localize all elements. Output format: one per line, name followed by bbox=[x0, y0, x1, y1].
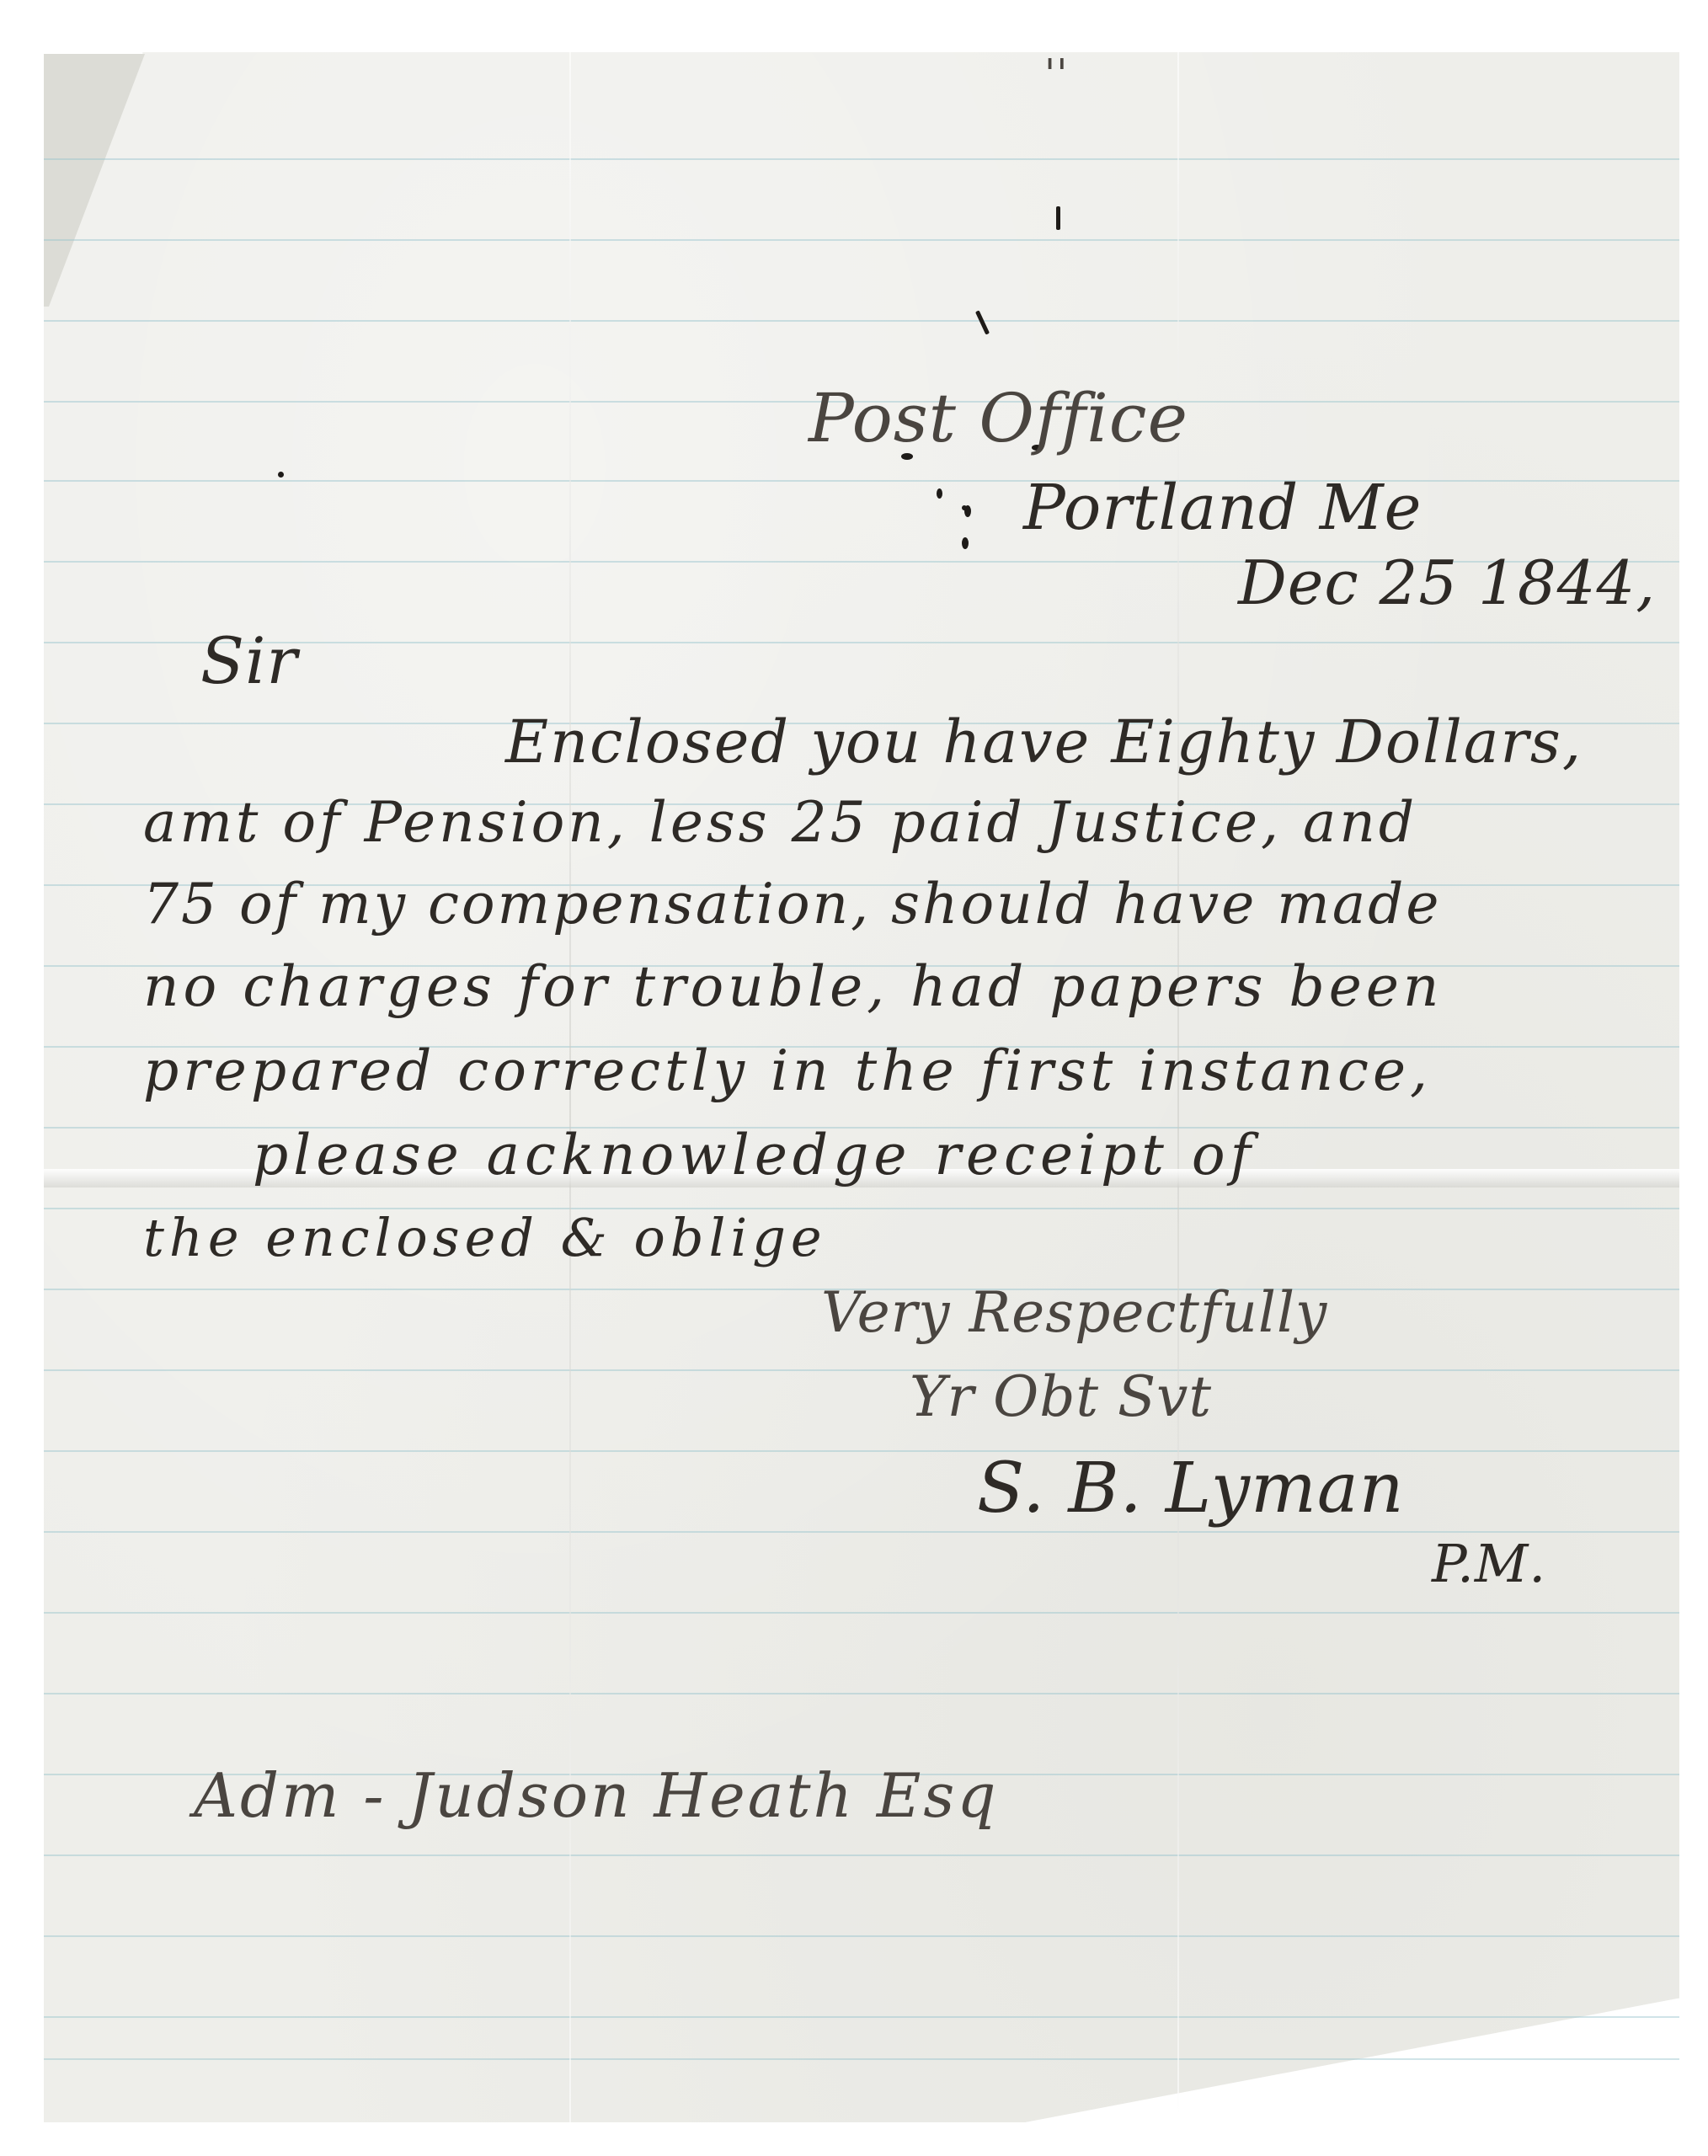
salutation: Sir bbox=[200, 623, 298, 698]
body-line-2: amt of Pension, less 25 paid Justice, an… bbox=[143, 790, 1417, 855]
closing-line1: Very Respectfully bbox=[821, 1280, 1327, 1345]
body-line-6: please acknowledge receipt of bbox=[253, 1123, 1256, 1187]
ruled-line bbox=[44, 480, 1679, 482]
ruled-line bbox=[44, 158, 1679, 160]
ruled-line bbox=[44, 1935, 1679, 1937]
heading-place-line2: Portland Me bbox=[1023, 472, 1422, 544]
body-line-4: no charges for trouble, had papers been bbox=[143, 954, 1443, 1019]
ink-blot bbox=[962, 537, 969, 549]
ruled-line bbox=[44, 320, 1679, 322]
ruled-line bbox=[44, 1612, 1679, 1614]
addressee: Adm - Judson Heath Esq bbox=[194, 1760, 998, 1831]
body-line-1: Enclosed you have Eighty Dollars, bbox=[505, 707, 1583, 776]
ruled-line bbox=[44, 2058, 1679, 2060]
ink-mark bbox=[1056, 206, 1060, 230]
signature-title: P.M. bbox=[1432, 1533, 1546, 1594]
ink-blot bbox=[962, 505, 967, 510]
ruled-line bbox=[44, 239, 1679, 241]
body-line-5: prepared correctly in the first instance… bbox=[143, 1038, 1432, 1103]
ruled-line bbox=[44, 2016, 1679, 2018]
ruled-line bbox=[44, 1450, 1679, 1452]
body-line-3: 75 of my compensation, should have made bbox=[143, 872, 1441, 937]
signature: S. B. Lyman bbox=[977, 1449, 1405, 1529]
closing-line2: Yr Obt Svt bbox=[910, 1364, 1212, 1429]
ruled-line bbox=[44, 1369, 1679, 1371]
ruled-line bbox=[44, 1854, 1679, 1856]
ink-blot bbox=[937, 488, 942, 499]
top-tick-mark: '' bbox=[1044, 51, 1068, 98]
ink-speck bbox=[278, 472, 284, 478]
body-line-7: the enclosed & oblige bbox=[143, 1207, 827, 1268]
heading-place-line1: Post Office bbox=[809, 379, 1188, 457]
heading-date: Dec 25 1844, bbox=[1238, 547, 1656, 618]
ruled-line bbox=[44, 1693, 1679, 1694]
